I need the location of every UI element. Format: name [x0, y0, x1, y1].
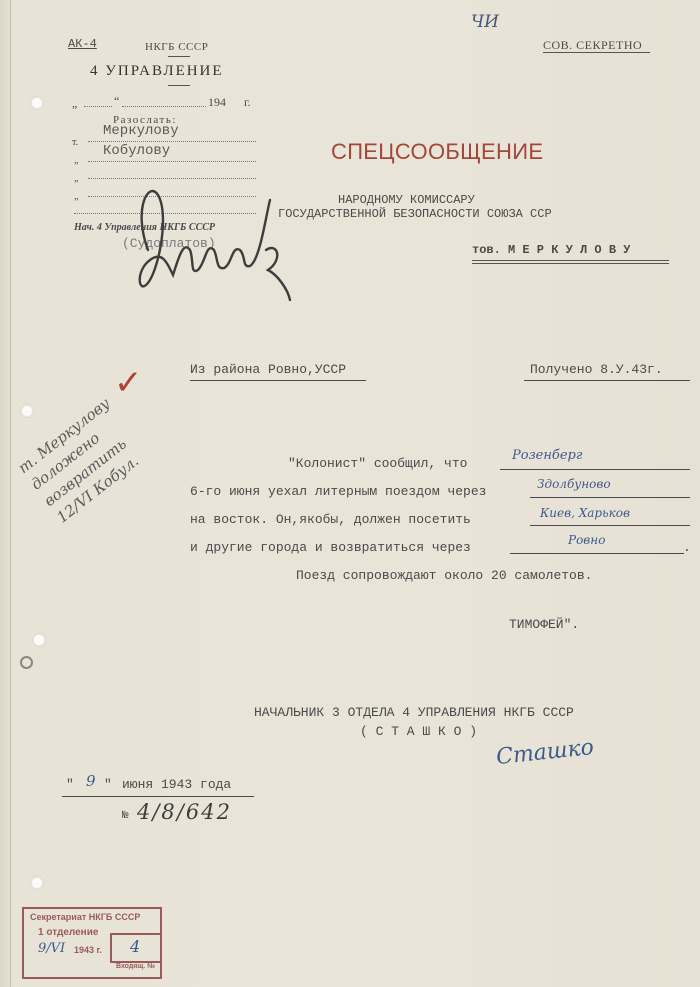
date-open-quote: „ [72, 96, 77, 111]
stamp-number-box: 4 [110, 933, 162, 963]
date-year-prefix: 194 [208, 95, 226, 110]
classification-underline [543, 52, 650, 53]
footer-date-underline [62, 796, 254, 797]
stamp-number-value: 4 [130, 937, 140, 956]
stamp-year: 1943 г. [74, 945, 102, 955]
punch-hole-icon [20, 404, 34, 418]
date-month-blank [122, 106, 206, 107]
signature-name: ( С Т А Ш К О ) [360, 724, 477, 739]
signature-stashko: Сташко [495, 735, 595, 770]
body-fill-name: Розенберг [512, 448, 582, 463]
fill-underline [500, 469, 690, 470]
body-line-4-end: . [683, 540, 691, 555]
addressee-line-3: тов. М Е Р К У Л О В У [472, 243, 630, 257]
corner-handwritten-note: ЧИ [471, 12, 499, 32]
body-line-1: "Колонист" сообщил, что [288, 456, 467, 471]
document-code: АК-4 [68, 37, 97, 51]
body-fill-cities: Киев, Харьков [540, 506, 630, 520]
body-line-3: на восток. Он,якобы, должен посетить [190, 512, 471, 527]
distribution-line [88, 161, 256, 162]
registration-stamp: Секретариат НКГБ СССР 1 отделение 9/VI 1… [22, 907, 162, 979]
document-title: СПЕЦСООБЩЕНИЕ [331, 139, 543, 165]
received-date: Получено 8.У.43г. [530, 362, 663, 377]
distribution-recipient: Кобулову [103, 143, 170, 159]
fill-underline [510, 553, 684, 554]
distribution-line [88, 178, 256, 179]
distribution-line [88, 141, 256, 142]
date-year-suffix: г. [244, 95, 251, 110]
page-edge [10, 0, 11, 987]
punch-hole-icon [30, 876, 44, 890]
origin-location: Из района Ровно,УССР [190, 362, 346, 377]
signature-sudoplatov-icon [128, 180, 298, 305]
body-line-5: Поезд сопровождают около 20 самолетов. [296, 568, 592, 583]
distribution-prefix: „ [74, 191, 78, 202]
stamp-department: 1 отделение [38, 927, 98, 938]
distribution-recipient: Меркулову [103, 123, 179, 139]
footer-number-label: № [122, 810, 129, 822]
checkmark-icon: ✓ [114, 363, 143, 403]
punch-hole-icon [32, 633, 46, 647]
footer-quote-close: " [104, 777, 112, 792]
fill-underline [530, 497, 690, 498]
fill-underline [530, 525, 690, 526]
footer-number-value: 4/8/642 [137, 800, 232, 824]
punch-hole-icon [30, 96, 44, 110]
addressee-line-1: НАРОДНОМУ КОМИССАРУ [338, 193, 475, 207]
date-day-blank [84, 106, 112, 107]
margin-note: т. Меркулову доложено возвратить 12/VI К… [14, 393, 153, 528]
body-line-4: и другие города и возвратиться через [190, 540, 471, 555]
distribution-prefix: „ [74, 173, 78, 184]
footer-date-day: 9 [86, 772, 96, 790]
ornament-divider [168, 56, 190, 57]
stamp-date: 9/VI [38, 941, 65, 956]
distribution-prefix: т. [72, 137, 78, 148]
origin-underline [190, 380, 366, 381]
ornament-divider [168, 85, 190, 86]
agent-signoff: ТИМОФЕЙ". [509, 617, 579, 632]
received-underline [524, 380, 690, 381]
body-fill-return: Ровно [568, 533, 605, 547]
body-line-2: 6-го июня уехал литерным поездом через [190, 484, 486, 499]
punch-ring-icon [20, 656, 33, 669]
footer-quote-open: " [66, 777, 74, 792]
distribution-prefix: „ [74, 155, 78, 166]
stamp-box-label: Входящ. № [116, 963, 155, 970]
letterhead-org: НКГБ СССР [145, 41, 208, 53]
stamp-header: Секретариат НКГБ СССР [30, 912, 140, 922]
date-close-quote: “ [114, 94, 119, 109]
body-fill-via: Здолбуново [537, 477, 611, 491]
footer-date-rest: июня 1943 года [122, 777, 231, 792]
document-page: АК-4 НКГБ СССР 4 УПРАВЛЕНИЕ „ “ 194 г. Р… [0, 0, 700, 987]
letterhead-department: 4 УПРАВЛЕНИЕ [90, 63, 224, 80]
addressee-line-2: ГОСУДАРСТВЕННОЙ БЕЗОПАСНОСТИ СОЮЗА ССР [278, 207, 552, 221]
signature-title: НАЧАЛЬНИК 3 ОТДЕЛА 4 УПРАВЛЕНИЯ НКГБ ССС… [254, 705, 574, 720]
classification-label: СОВ. СЕКРЕТНО [543, 38, 642, 53]
addressee-underline [472, 260, 669, 264]
